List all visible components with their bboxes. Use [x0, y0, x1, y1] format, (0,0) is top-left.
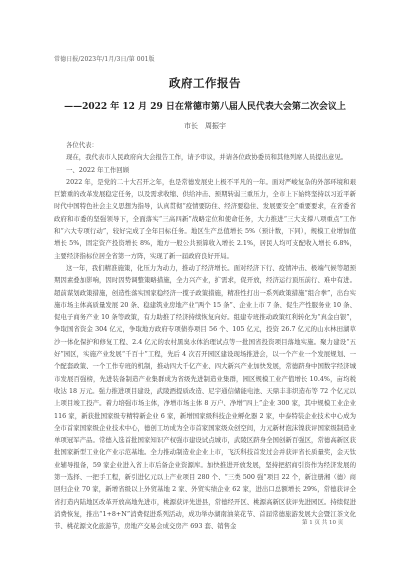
salutation: 各位代表：: [54, 139, 356, 151]
author-line: 市长 周振宇: [0, 121, 410, 131]
page-number-footer: 第 1 页 共 10 页: [302, 518, 343, 526]
section-heading: 一、2022 年工作回顾: [54, 164, 356, 176]
body-paragraph: 现在，我代表市人民政府向大会报告工作，请予审议，并请各位政协委员和其他列席人员提…: [54, 151, 356, 163]
newspaper-header: 常德日报/2023年/1月/3日/第 001版: [54, 54, 155, 63]
document-title: 政府工作报告: [0, 75, 410, 91]
body-paragraph: 2022 年，是党的二十大召开之年，也是常德发展史上极不平凡的一年。面对严峻复杂…: [54, 176, 356, 262]
body-paragraph: 这一年，我们精准施策，化压力为动力，推动了经济增长。面对经济下行、疫情冲击、极端…: [54, 262, 356, 533]
document-page: 常德日报/2023年/1月/3日/第 001版 政府工作报告 ——2022 年 …: [0, 0, 410, 580]
document-body: 各位代表： 现在，我代表市人民政府向大会报告工作，请予审议，并请各位政协委员和其…: [54, 139, 356, 533]
document-subtitle: ——2022 年 12 月 29 日在常德市第八届人民代表大会第二次会议上: [0, 99, 410, 112]
